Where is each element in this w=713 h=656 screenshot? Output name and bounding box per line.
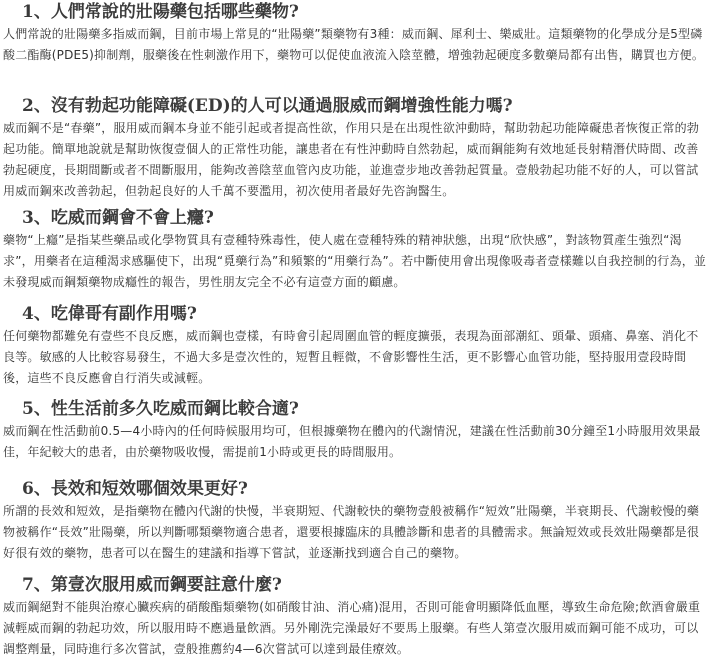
section-heading: 5、性生活前多久吃威而鋼比較合適?: [3, 395, 709, 421]
faq-section-3: 3、吃威而鋼會不會上癮? 藥物“上癮”是指某些藥品或化學物質具有壹種特殊毒性，使…: [3, 204, 709, 300]
faq-section-1: 1、人們常說的壯陽藥包括哪些藥物? 人們常說的壯陽藥多指威而鋼，目前市場上常見的…: [3, 0, 709, 92]
section-paragraph: 人們常說的壯陽藥多指威而鋼，目前市場上常見的“壯陽藥”類藥物有3種：威而鋼、犀利…: [3, 24, 709, 66]
faq-section-6: 6、長效和短效哪個效果更好? 所謂的長效和短效，是指藥物在體內代謝的快慢，半衰期…: [3, 475, 709, 571]
section-paragraph: 威而鋼不是“春藥”，服用威而鋼本身並不能引起或者提高性欲，作用只是在出現性欲沖動…: [3, 118, 709, 202]
section-heading: 3、吃威而鋼會不會上癮?: [3, 204, 709, 230]
section-heading: 1、人們常說的壯陽藥包括哪些藥物?: [3, 0, 709, 24]
section-heading: 7、第壹次服用威而鋼要註意什麼?: [3, 571, 709, 597]
faq-section-7: 7、第壹次服用威而鋼要註意什麼? 威而鋼絕對不能與治療心臟疾病的硝酸酯類藥物(如…: [3, 571, 709, 656]
section-paragraph: 藥物“上癮”是指某些藥品或化學物質具有壹種特殊毒性，使人處在壹種特殊的精神狀態，…: [3, 230, 709, 293]
article: 1、人們常說的壯陽藥包括哪些藥物? 人們常說的壯陽藥多指威而鋼，目前市場上常見的…: [0, 0, 709, 656]
section-heading: 6、長效和短效哪個效果更好?: [3, 475, 709, 501]
section-paragraph: 威而鋼在性活動前0.5—4小時內的任何時候服用均可，但根據藥物在體內的代謝情況，…: [3, 421, 709, 463]
section-paragraph: 威而鋼絕對不能與治療心臟疾病的硝酸酯類藥物(如硝酸甘油、消心痛)混用，否則可能會…: [3, 597, 709, 656]
faq-section-5: 5、性生活前多久吃威而鋼比較合適? 威而鋼在性活動前0.5—4小時內的任何時候服…: [3, 395, 709, 475]
faq-section-2: 2、沒有勃起功能障礙(ED)的人可以通過服威而鋼增強性能力嗎? 威而鋼不是“春藥…: [3, 92, 709, 204]
section-heading: 4、吃偉哥有副作用嗎?: [3, 300, 709, 326]
section-paragraph: 所謂的長效和短效，是指藥物在體內代謝的快慢，半衰期短、代謝較快的藥物壹般被稱作“…: [3, 501, 709, 564]
faq-section-4: 4、吃偉哥有副作用嗎? 任何藥物都難免有壹些不良反應，威而鋼也壹樣，有時會引起周…: [3, 300, 709, 395]
section-heading: 2、沒有勃起功能障礙(ED)的人可以通過服威而鋼增強性能力嗎?: [3, 92, 709, 118]
section-paragraph: 任何藥物都難免有壹些不良反應，威而鋼也壹樣，有時會引起周圍血管的輕度擴張，表現為…: [3, 326, 709, 389]
